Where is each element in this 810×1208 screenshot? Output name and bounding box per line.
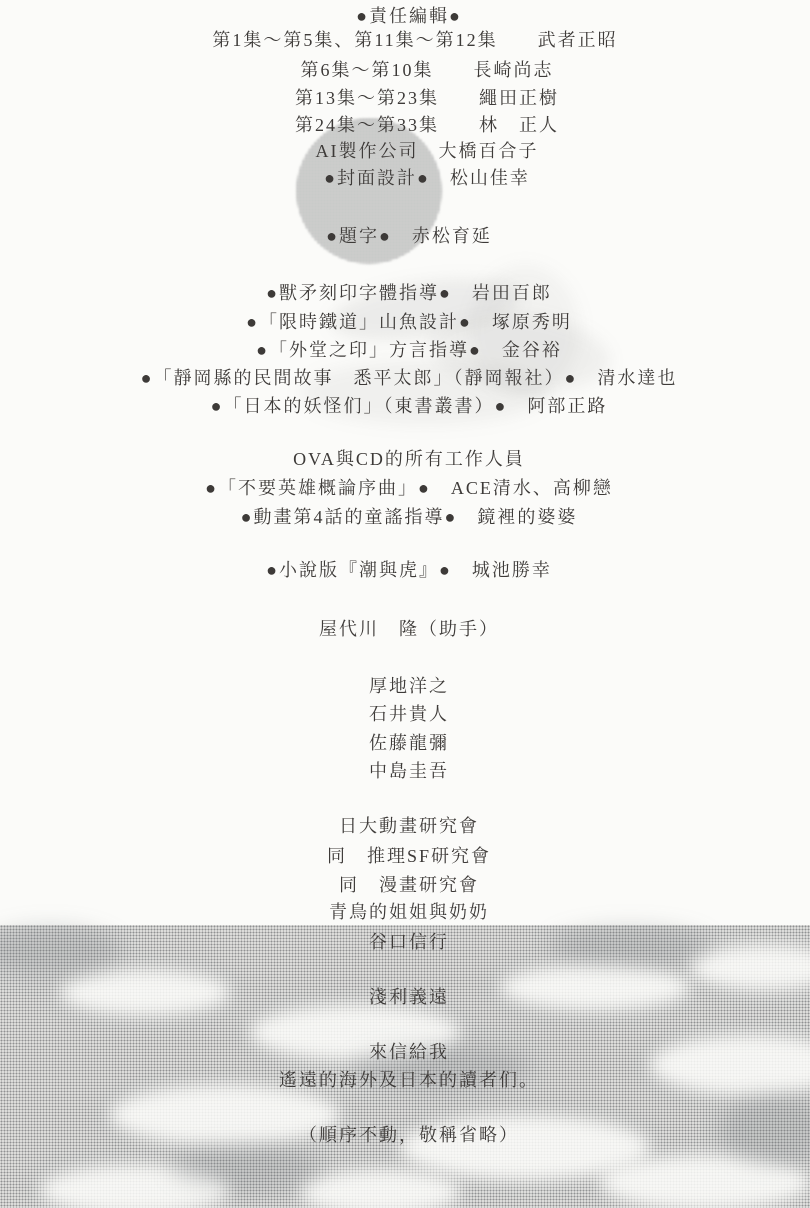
line-mystery-sf-club: 同 推理SF研究會 [4,842,810,868]
line-editor-vol13-23: 第13集～第23集 繩田正樹 [22,84,810,110]
line-asari: 淺利義遠 [4,983,810,1009]
line-ova-cd-staff: OVA與CD的所有工作人員 [4,445,810,471]
line-ai-production: AI製作公司 大橋百合子 [22,137,810,163]
sea-highlight [300,1170,460,1208]
scanned-credits-page: ●責任編輯● 第1集～第5集、第11集～第12集 武者正昭 第6集～第10集 長… [0,0,810,1208]
line-overseas-readers: 遙遠的海外及日本的讀者们。 [4,1066,810,1092]
line-name-sato: 佐藤龍彌 [4,729,810,755]
line-send-letters: 來信給我 [4,1038,810,1064]
line-nursery-rhyme: ●動畫第4話的童謠指導● 鏡裡的婆婆 [4,503,810,529]
line-hero-overture: ●「不要英雄概論序曲」● ACE清水、高柳戀 [4,474,810,500]
line-editor-vol24-33: 第24集～第33集 林 正人 [22,111,810,137]
line-editor-vol1-12: 第1集～第5集、第11集～第12集 武者正昭 [10,26,810,52]
line-cover-design: ●封面設計● 松山佳幸 [22,164,810,190]
line-order-note: （順序不動，敬稱省略） [4,1121,810,1147]
sea-shadow [170,1145,320,1190]
line-novel-version: ●小說版『潮與虎』● 城池勝幸 [4,556,810,582]
line-name-nakajima: 中島圭吾 [4,757,810,783]
line-editor-vol6-10: 第6集～第10集 長崎尚志 [22,56,810,82]
line-manga-club: 同 漫畫研究會 [4,871,810,897]
line-shizuoka-folktale: ●「靜岡縣的民間故事 悉平太郎」（靜岡報社）● 清水達也 [4,364,810,390]
line-name-ishii: 石井貴人 [4,700,810,726]
line-editors-heading: ●責任編輯● [4,2,810,28]
line-beast-spear-font: ●獸矛刻印字體指導● 岩田百郎 [4,279,810,305]
line-train-fish-design: ●「限時鐵道」山魚設計● 塚原秀明 [4,308,810,334]
line-nichidai-anime-club: 日大動畫研究會 [4,812,810,838]
line-taniguchi: 谷口信行 [4,928,810,954]
line-assistant: 屋代川 隆（助手） [4,615,810,641]
line-title-calligraphy: ●題字● 赤松育延 [4,222,810,248]
line-bluebird-family: 青鳥的姐姐與奶奶 [4,898,810,924]
line-dialect-guidance: ●「外堂之印」方言指導● 金谷裕 [4,336,810,362]
line-name-atsuchi: 厚地洋之 [4,672,810,698]
line-japanese-yokai: ●「日本的妖怪们」（東書叢書）● 阿部正路 [4,392,810,418]
